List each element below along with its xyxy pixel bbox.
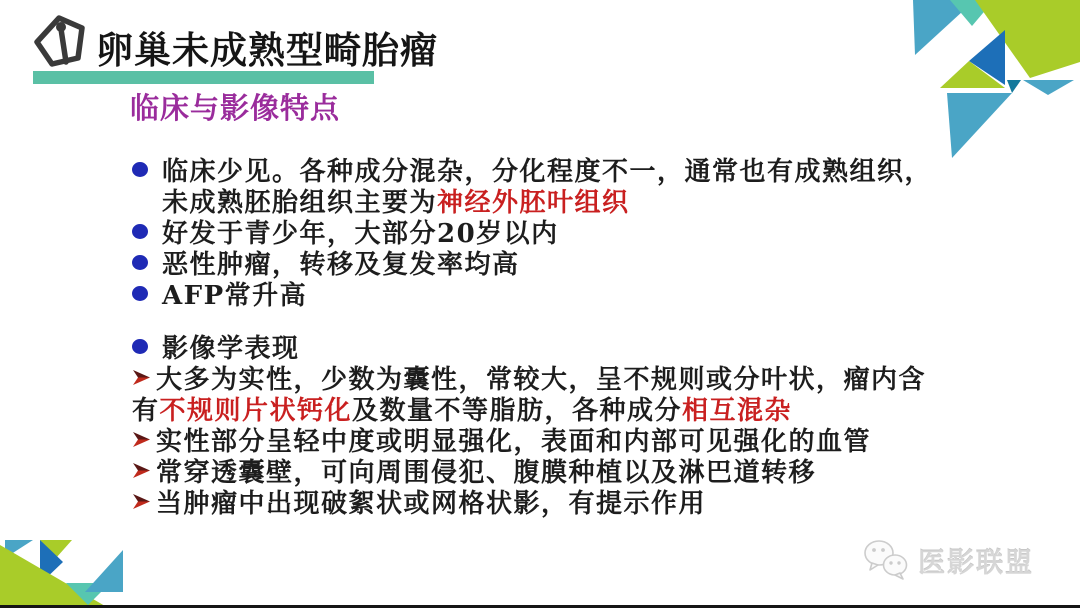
subtitle: 临床与影像特点 [130, 86, 340, 127]
content-line: 当肿瘤中出现破絮状或网格状影，有提示作用 [132, 486, 982, 517]
content-line: 影像学表现 [132, 331, 982, 362]
bullet-dot-icon [132, 339, 162, 354]
corner-triangles-top-right-decoration [890, 0, 1080, 170]
watermark-text: 医影联盟 [918, 541, 1034, 580]
bullet-dot-icon [132, 255, 162, 270]
bullet-dot-icon [132, 286, 162, 301]
tag-pen-icon [30, 12, 88, 70]
content-line: 未成熟胚胎组织主要为神经外胚叶组织 [132, 185, 982, 216]
bullet-dot-icon [132, 224, 162, 239]
slide: 卵巢未成熟型畸胎瘤 临床与影像特点 临床少见。各种成分混杂，分化程度不一，通常也… [0, 0, 1080, 608]
title-underline-bar [33, 71, 374, 84]
arrow-bullet-icon [132, 431, 156, 448]
wechat-icon [862, 538, 912, 582]
arrow-bullet-icon [132, 462, 156, 479]
arrow-bullet-icon [132, 493, 156, 510]
content-line: 恶性肿瘤，转移及复发率均高 [132, 247, 982, 278]
watermark: 医影联盟 [862, 538, 1034, 582]
arrow-bullet-icon [132, 369, 156, 386]
body-text: AFP常升高 [162, 275, 307, 312]
bullet-dot-icon [132, 162, 162, 177]
content-line: 常穿透囊壁，可向周围侵犯、腹膜种植以及淋巴道转移 [132, 455, 982, 486]
content-line: 有不规则片状钙化及数量不等脂肪，各种成分相互混杂 [132, 393, 982, 424]
corner-triangles-bottom-left-decoration [0, 540, 130, 606]
page-title: 卵巢未成熟型畸胎瘤 [96, 20, 438, 74]
content-line: 好发于青少年，大部分20岁以内 [132, 216, 982, 247]
content-line: 实性部分呈轻中度或明显强化，表面和内部可见强化的血管 [132, 424, 982, 455]
content-block: 临床少见。各种成分混杂，分化程度不一，通常也有成熟组织，未成熟胚胎组织主要为神经… [132, 154, 982, 517]
content-line: 临床少见。各种成分混杂，分化程度不一，通常也有成熟组织， [132, 154, 982, 185]
content-line: AFP常升高 [132, 278, 982, 309]
content-line: 大多为实性，少数为囊性，常较大，呈不规则或分叶状，瘤内含 [132, 362, 982, 393]
body-text: 当肿瘤中出现破絮状或网格状影，有提示作用 [156, 483, 706, 520]
